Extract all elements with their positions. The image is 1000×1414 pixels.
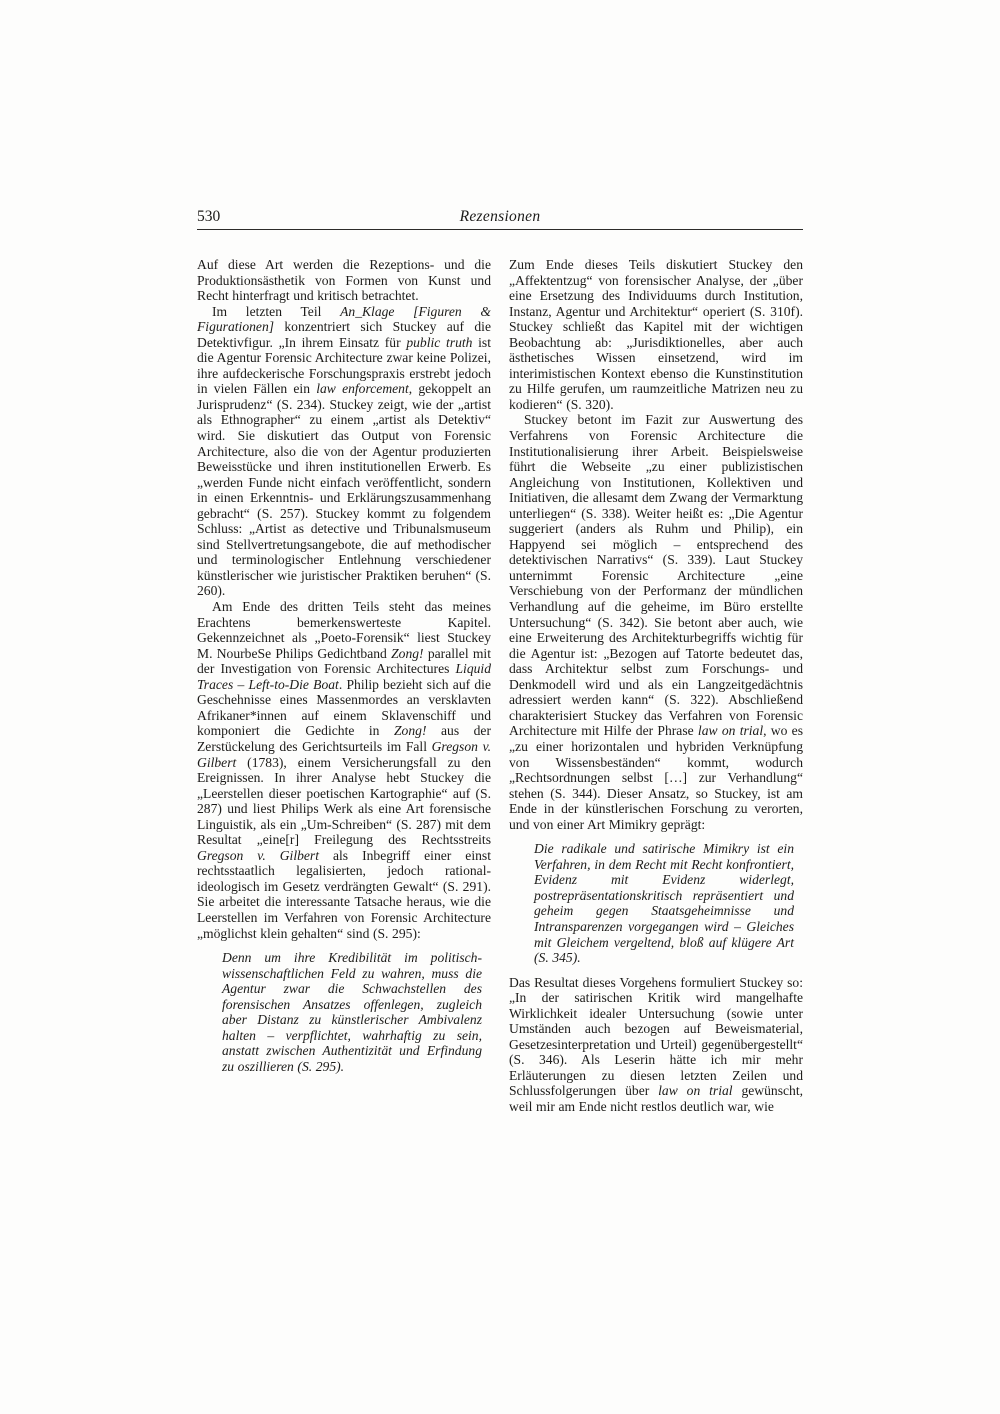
body-text: Auf diese Art werden die Rezeptions- und… (197, 257, 491, 303)
paragraph: Am Ende des dritten Teils steht das mein… (197, 599, 491, 941)
body-text: Stuckey betont im Fazit zur Auswertung d… (509, 412, 803, 738)
paragraph: Auf diese Art werden die Rezeptions- und… (197, 257, 491, 304)
italic-text: Gregson v. Gilbert (197, 848, 319, 863)
paragraph: Das Resultat dieses Vorgehens formuliert… (509, 975, 803, 1115)
paragraph: Im letzten Teil An_Klage [Figuren & Figu… (197, 304, 491, 599)
italic-text: law on trial (658, 1083, 732, 1098)
running-title: Rezensionen (197, 207, 803, 227)
paragraph: Zum Ende dieses Teils diskutiert Stuckey… (509, 257, 803, 412)
body-text: Im letzten Teil (212, 304, 340, 319)
body-text: , gekoppelt an Jurisprudenz“ (S. 234). S… (197, 381, 491, 598)
page-header: 530 Rezensionen (197, 207, 803, 229)
block-quote: Denn um ihre Kredibilität im politisch-w… (222, 950, 482, 1074)
italic-text: Denn um ihre Kredibilität im politisch-w… (222, 950, 482, 1074)
review-body: Auf diese Art werden die Rezeptions- und… (197, 257, 803, 1115)
body-text: (1783), einem Versicherungsfall zu den E… (197, 755, 491, 848)
italic-text: Die radikale und satirische Mimikry ist … (534, 841, 794, 965)
body-text: Das Resultat dieses Vorgehens formuliert… (509, 975, 803, 1099)
italic-text: law on trial (698, 723, 763, 738)
paragraph: Stuckey betont im Fazit zur Auswertung d… (509, 412, 803, 832)
column-left: Auf diese Art werden die Rezeptions- und… (197, 257, 491, 1115)
body-text: Zum Ende dieses Teils diskutiert Stuckey… (509, 257, 803, 412)
header-rule (197, 229, 803, 230)
italic-text: Zong! (394, 723, 426, 738)
italic-text: Zong! (391, 646, 423, 661)
column-right: Zum Ende dieses Teils diskutiert Stuckey… (509, 257, 803, 1115)
scanned-review-page: 530 Rezensionen Auf diese Art werden die… (0, 0, 1000, 1414)
body-text: , wo es „zu einer horizontalen und hybri… (509, 723, 803, 831)
italic-text: law enforcement (316, 381, 409, 396)
italic-text: public truth (406, 335, 472, 350)
block-quote: Die radikale und satirische Mimikry ist … (534, 841, 794, 965)
